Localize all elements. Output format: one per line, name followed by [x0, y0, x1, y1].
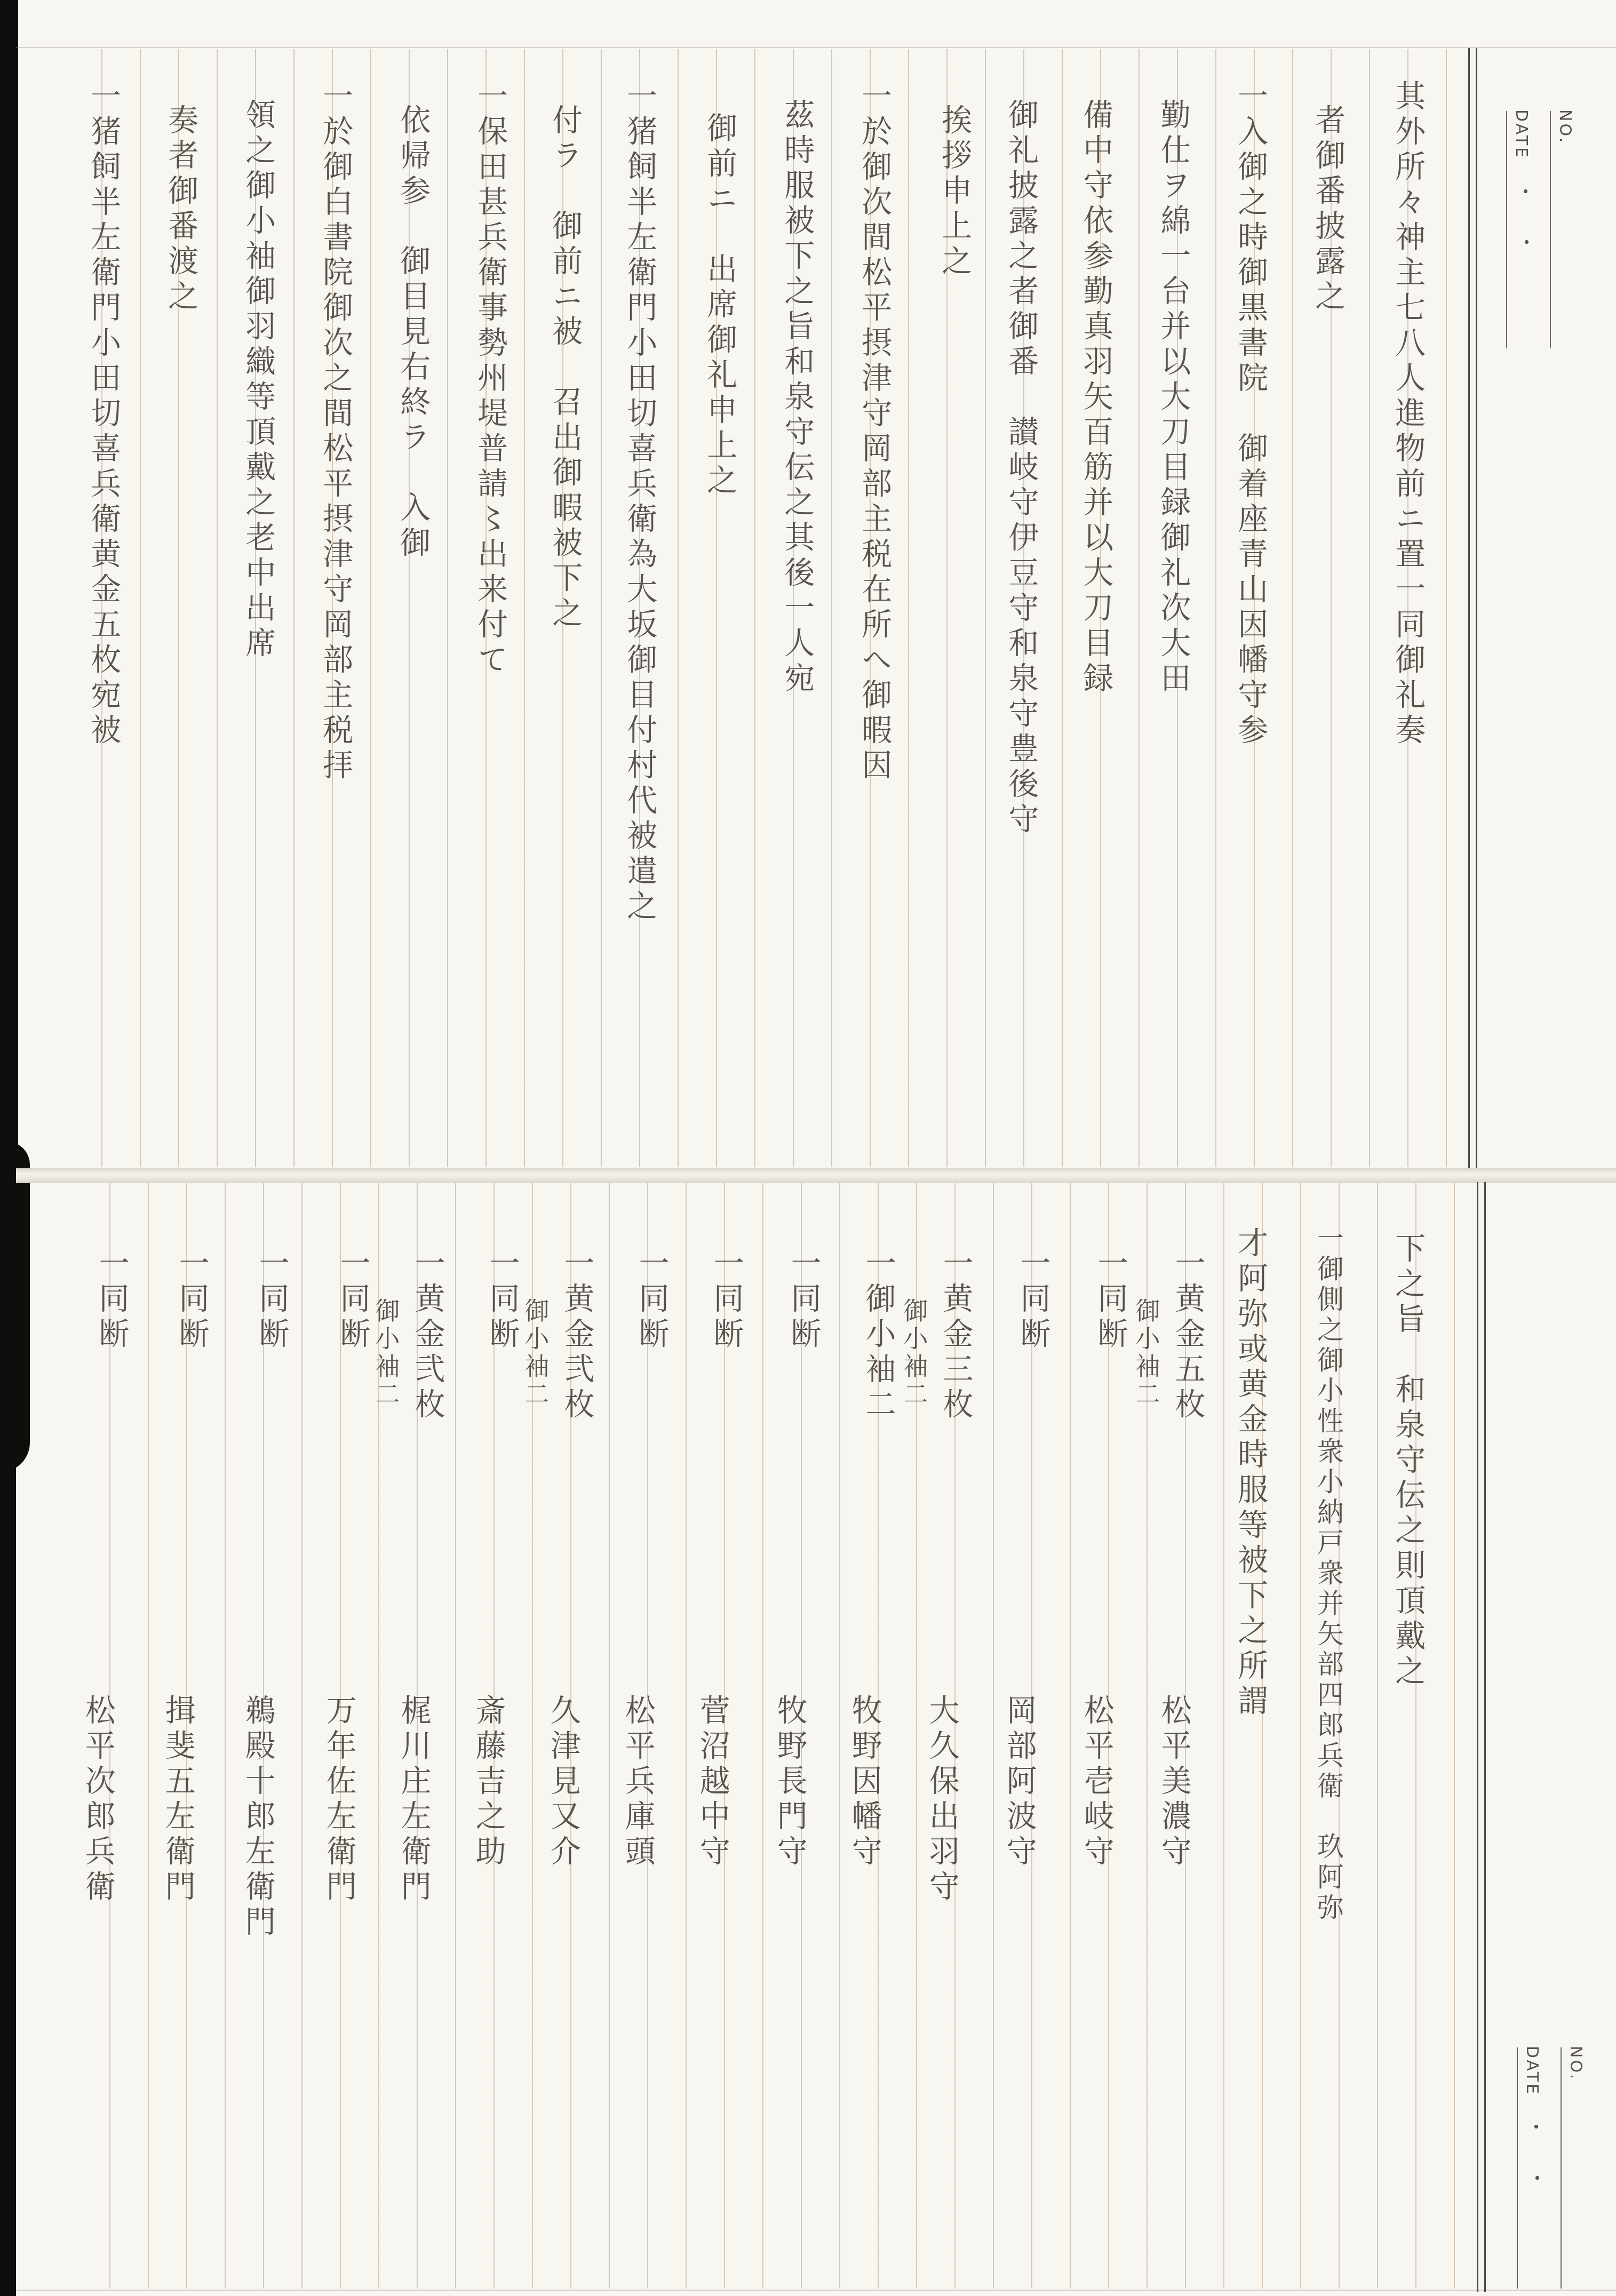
scanned-notebook-page: { "colors":{"paper":"#f8f6f1","rule_line…: [0, 0, 1616, 2296]
text-column: 依帰参 御目見右終ラ 入御: [396, 104, 429, 562]
text-column: 一猪飼半左衛門小田切喜兵衛黄金五枚宛被: [86, 80, 120, 749]
text-column: 御前ニ 出席御礼申上之: [703, 112, 736, 499]
award-entry: 一同断 岡部阿波守: [974, 1247, 1064, 2079]
entry-name: 久津見又介: [546, 1694, 580, 1870]
entry-item: 一同断: [709, 1247, 743, 1353]
entry-name: 松平壱岐守: [1080, 1694, 1113, 1870]
award-entry: 一同断 牧野長門守: [744, 1247, 835, 2079]
text-column: 茲時服被下之旨和泉守伝之其後一人宛: [780, 99, 814, 697]
entry-name: 松平次郎兵衛: [81, 1694, 115, 1906]
entry-item: 一黄金三枚: [938, 1247, 972, 1423]
page-fold-gutter: [16, 1168, 1616, 1183]
entry-item: 一同断: [254, 1247, 288, 1353]
text-column: 一於御次間松平摂津守岡部主税在所へ御暇因: [857, 80, 891, 784]
scan-edge-strip: [0, 0, 18, 1169]
entry-name: 大久保出羽守: [925, 1694, 959, 1906]
award-entry: 一同断 松平壱岐守: [1051, 1247, 1142, 2079]
award-entry: 一同断 揖斐五左衛門: [132, 1247, 223, 2079]
entry-name: 松平美濃守: [1157, 1694, 1191, 1870]
entry-name: 菅沼越中守: [696, 1694, 729, 1870]
margin-rule: [1468, 48, 1470, 1168]
entry-name: 揖斐五左衛門: [161, 1694, 195, 1906]
text-column: 一御側之御小性衆小納戸衆并矢部四郎兵衛 玖阿弥: [1314, 1224, 1343, 1924]
date-separator-dot: [1524, 189, 1527, 193]
award-entry: 一同断 松平次郎兵衛: [52, 1247, 143, 2079]
margin-rule: [1484, 1182, 1486, 2292]
entry-name: 斎藤吉之助: [472, 1694, 505, 1870]
entry-item: 一同断: [1093, 1247, 1127, 1353]
entry-item: 一御小袖二: [861, 1247, 895, 1423]
page-bottom-edge: [16, 2290, 1616, 2291]
award-entry: 一同断 鵜殿十郎左衛門: [212, 1247, 303, 2079]
date-field-label: DATE: [1523, 2046, 1541, 2096]
entry-name: 牧野長門守: [773, 1694, 807, 1870]
no-field-line: [1561, 2047, 1562, 2289]
entry-name: 梶川庄左衛門: [397, 1694, 431, 1906]
entry-name: 鵜殿十郎左衛門: [241, 1694, 275, 1941]
entry-name: 松平兵庫頭: [621, 1694, 655, 1870]
margin-rule: [1477, 1182, 1478, 2292]
entry-item: 一黄金弐枚: [560, 1247, 593, 1423]
entry-item: 一同断: [634, 1247, 668, 1353]
text-column: 御礼披露之者御番 讃岐守伊豆守和泉守豊後守: [1004, 99, 1038, 838]
margin-rule: [1476, 48, 1477, 1168]
entry-item: 一同断: [1016, 1247, 1049, 1353]
text-column: 下之旨 和泉守伝之則頂戴之: [1391, 1232, 1424, 1690]
award-entry: 一黄金三枚 御小袖二 大久保出羽守: [896, 1247, 987, 2079]
entry-name: 岡部阿波守: [1002, 1694, 1036, 1870]
entry-item: 一同断: [786, 1247, 820, 1353]
entry-name: 万年佐左衛門: [322, 1694, 356, 1906]
date-separator-dot: [1534, 2125, 1538, 2128]
no-field-line: [1550, 111, 1551, 348]
entry-item: 一同断: [94, 1247, 128, 1353]
no-field-label: NO.: [1567, 2046, 1585, 2081]
text-column: 勤仕ヲ綿一台并以大刀目録御礼次大田: [1156, 99, 1190, 697]
scan-edge-shadow: [0, 1142, 30, 1472]
entry-item: 一黄金弐枚: [410, 1247, 444, 1423]
text-column: 一入御之時御黒書院 御着座青山因幡守参: [1233, 80, 1267, 749]
date-separator-dot: [1525, 240, 1529, 244]
entry-item: 一同断: [485, 1247, 519, 1353]
text-column: 付ラ 御前ニ被 召出御暇被下之: [548, 104, 582, 632]
date-field-line: [1506, 111, 1507, 348]
text-column: 挨拶申上之: [937, 104, 971, 280]
text-column: 奏者御番渡之: [164, 104, 197, 315]
date-separator-dot: [1535, 2176, 1539, 2180]
award-entry: 一黄金五枚 御小袖二 松平美濃守: [1128, 1247, 1219, 2079]
entry-name: 牧野因幡守: [848, 1694, 881, 1870]
text-column: 一於御白書院御次之間松平摂津守岡部主税拝: [319, 80, 352, 784]
text-column: 領之御小袖御羽織等頂戴之老中出席: [241, 99, 275, 662]
entry-item: 一同断: [174, 1247, 208, 1353]
text-column: 備中守依参勤真羽矢百筋并以大刀目録: [1079, 99, 1112, 697]
text-column: 其外所々神主七八人進物前ニ置一同御礼奏: [1391, 80, 1424, 749]
page-top-edge: [16, 47, 1616, 48]
text-column: 才阿弥或黄金時服等被下之所謂: [1233, 1227, 1267, 1720]
entry-item: 一同断: [336, 1247, 369, 1353]
date-field-line: [1517, 2047, 1518, 2289]
date-field-label: DATE: [1512, 109, 1530, 160]
text-column: 一猪飼半左衛門小田切喜兵衛為大坂御目付村代被遣之: [623, 80, 656, 925]
text-column: 一保田甚兵衛事勢州堤普請〻出来付て: [473, 80, 507, 679]
text-column: 者御番披露之: [1311, 104, 1344, 315]
award-entry: 一同断 万年佐左衛門: [293, 1247, 384, 2079]
no-field-label: NO.: [1556, 109, 1574, 145]
entry-item: 一黄金五枚: [1171, 1247, 1204, 1423]
